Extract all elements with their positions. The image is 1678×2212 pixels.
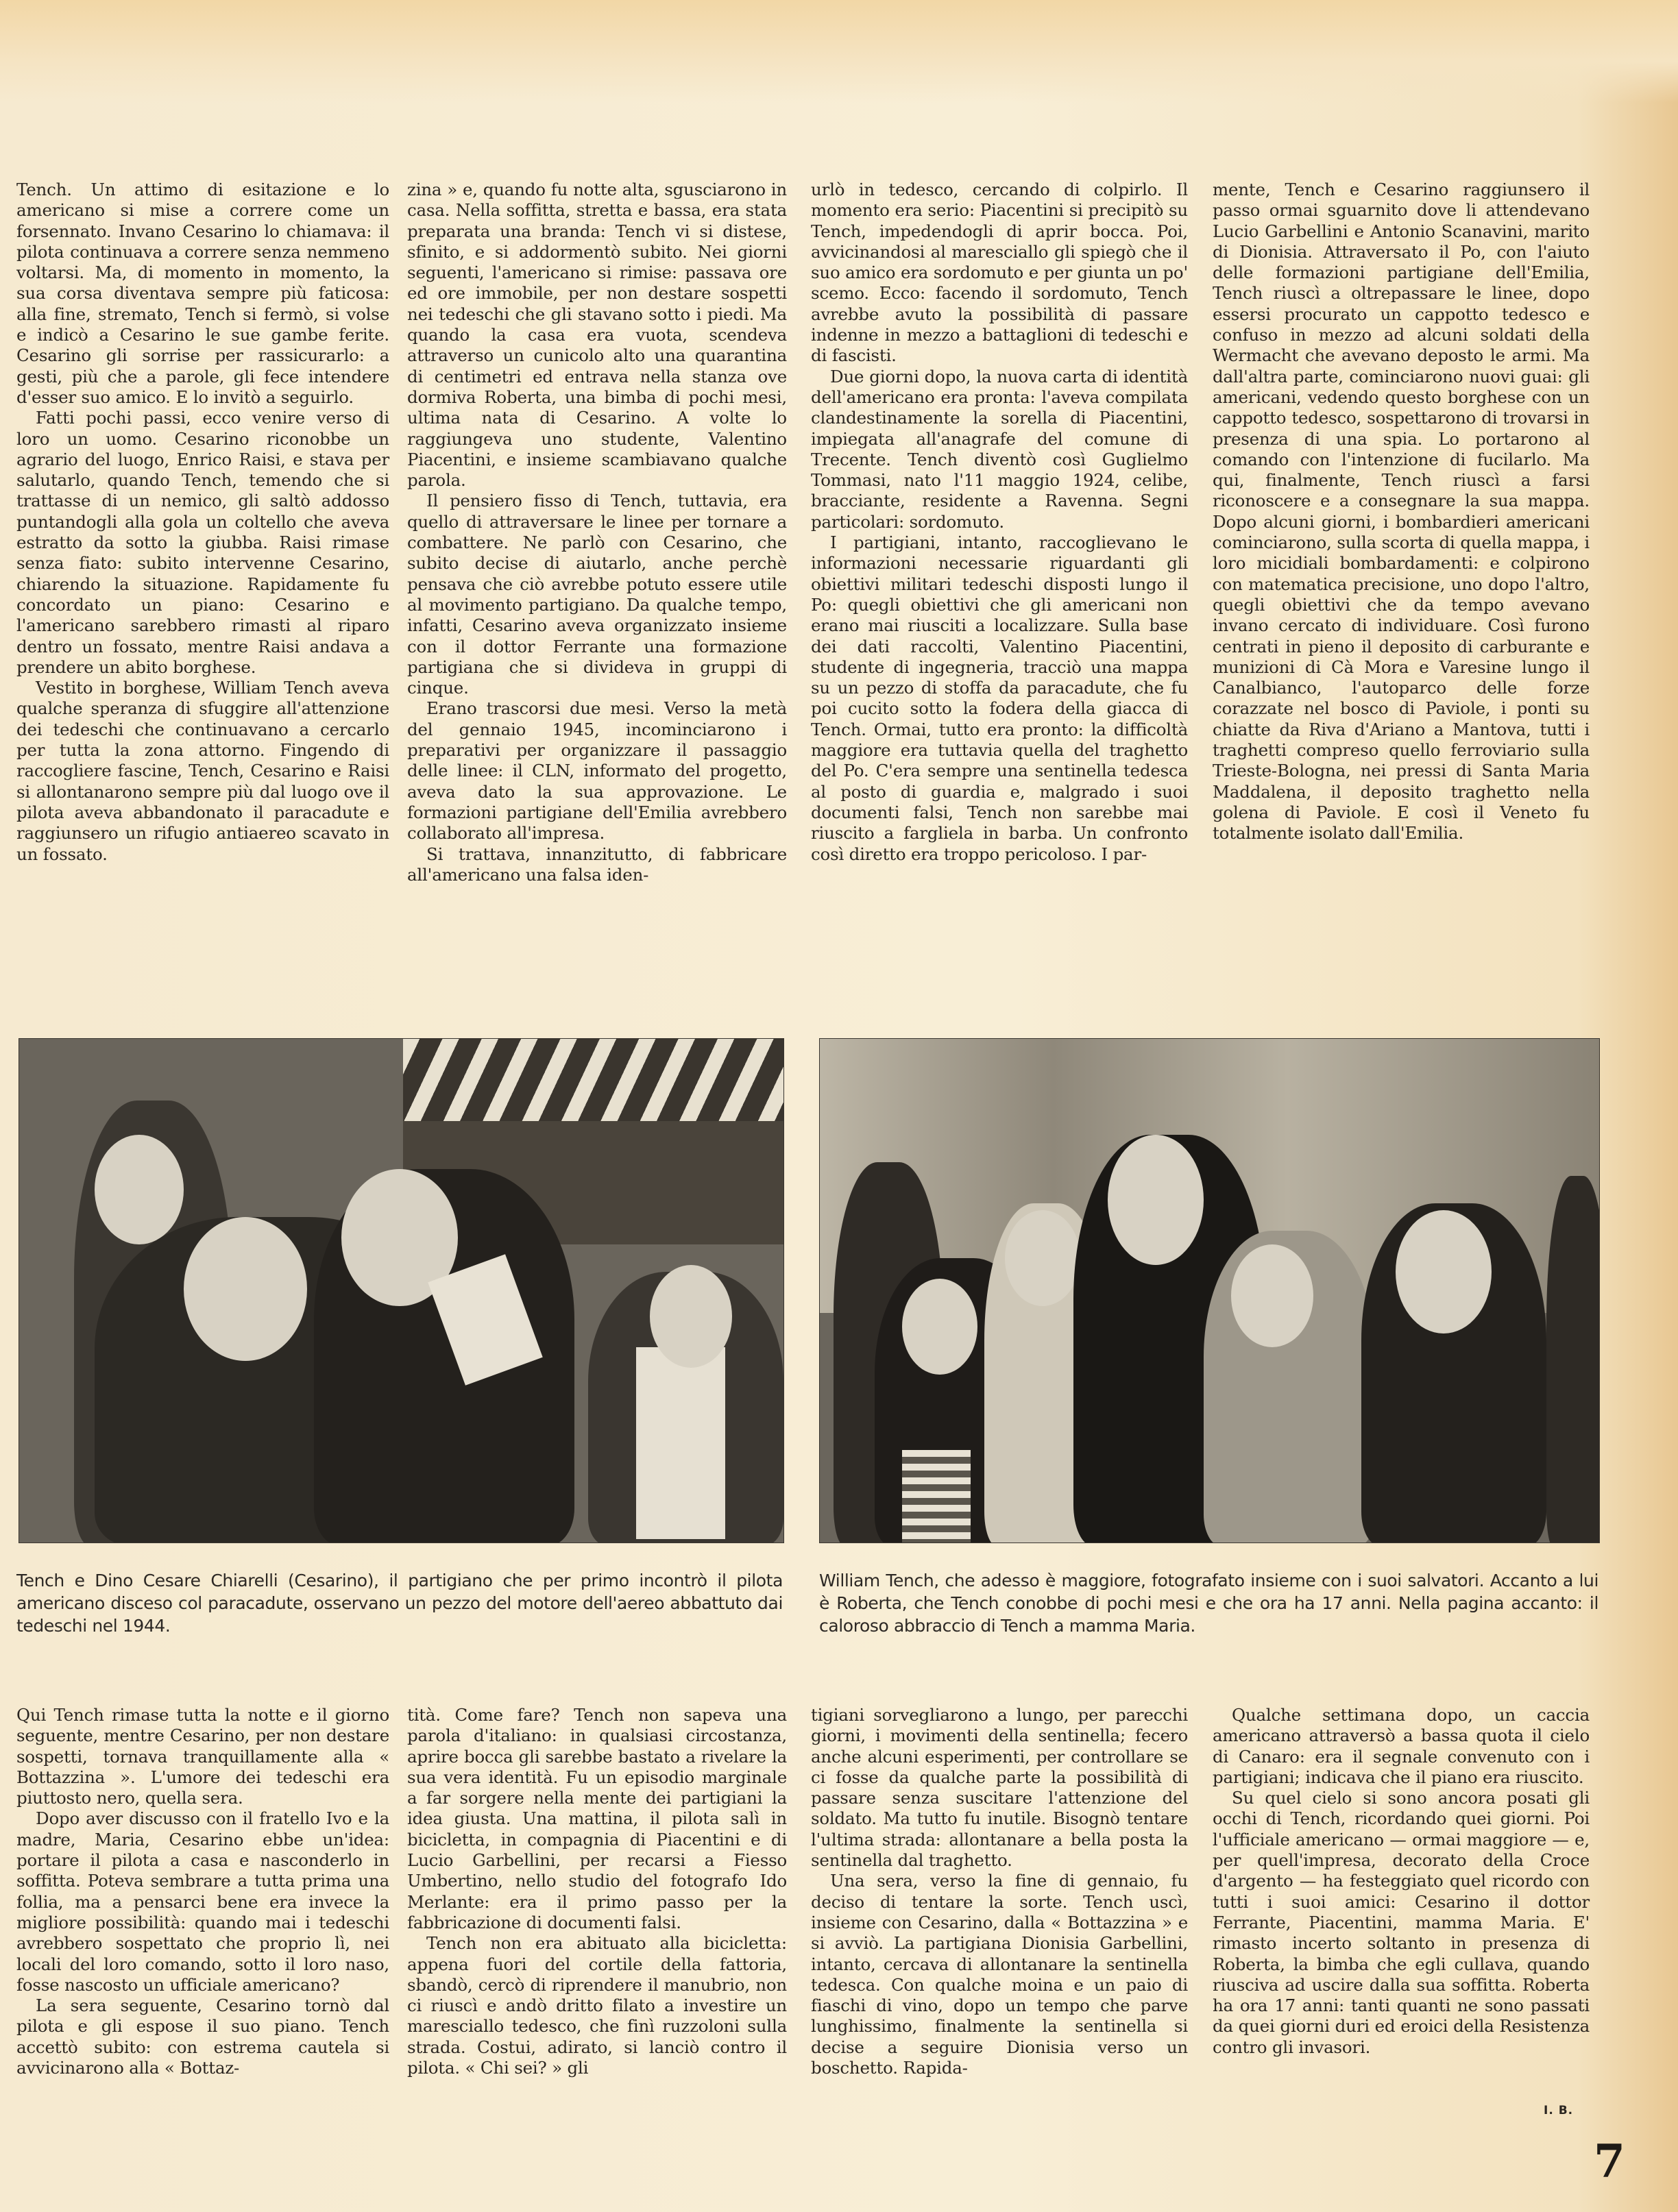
photo-face [650,1265,732,1368]
photo-american-flag [902,1450,971,1543]
article-top-column-2: zina » e, quando fu notte alta, sgusciar… [407,180,787,885]
paragraph: tità. Come fare? Tench non sapeva una pa… [407,1705,787,1933]
paragraph: Due giorni dopo, la nuova carta di ident… [811,367,1188,532]
photo-ceiling-beams [403,1039,783,1121]
photo-face [1231,1244,1313,1347]
photo-figure-man-edge [1546,1176,1600,1543]
photo-face [902,1279,977,1375]
photo-face [184,1217,307,1361]
paragraph: La sera seguente, Cesarino tornò dal pil… [16,1995,389,2078]
author-signature: I. B. [1544,2104,1573,2117]
paragraph: Tench. Un attimo di esitazione e lo amer… [16,180,389,408]
paper-top-band [0,0,1678,103]
paragraph: Vestito in borghese, William Tench aveva… [16,678,389,865]
article-bottom-column-3: tigiani sorvegliarono a lungo, per parec… [811,1705,1188,2078]
paragraph: Qui Tench rimase tutta la notte e il gio… [16,1705,389,1808]
article-top-column-3: urlò in tedesco, cercando di colpirlo. I… [811,180,1188,865]
paragraph: Dopo aver discusso con il fratello Ivo e… [16,1808,389,1995]
paragraph: zina » e, quando fu notte alta, sgusciar… [407,180,787,491]
article-bottom-column-1: Qui Tench rimase tutta la notte e il gio… [16,1705,389,2078]
paragraph: tigiani sorvegliarono a lungo, per parec… [811,1705,1188,1871]
photo-face [1005,1210,1080,1306]
article-top-column-4: mente, Tench e Cesarino raggiunsero il p… [1213,180,1590,844]
paragraph: Qualche settimana dopo, un caccia americ… [1213,1705,1590,1788]
page-number: 7 [1594,2135,1625,2188]
photo-tench-cesarino-engine [19,1038,784,1543]
paragraph: Il pensiero fisso di Tench, tuttavia, er… [407,491,787,698]
article-bottom-column-4: Qualche settimana dopo, un caccia americ… [1213,1705,1590,2058]
paragraph: urlò in tedesco, cercando di colpirlo. I… [811,180,1188,367]
photo-face [1108,1135,1204,1265]
paragraph: Una sera, verso la fine di gennaio, fu d… [811,1871,1188,2078]
paragraph: mente, Tench e Cesarino raggiunsero il p… [1213,180,1590,844]
paragraph: Erano trascorsi due mesi. Verso la metà … [407,698,787,844]
article-bottom-column-2: tità. Come fare? Tench non sapeva una pa… [407,1705,787,2078]
paragraph: I partigiani, intanto, raccoglievano le … [811,532,1188,865]
photo-caption-left: Tench e Dino Cesare Chiarelli (Cesarino)… [16,1569,783,1637]
photo-caption-right: William Tench, che adesso è maggiore, fo… [819,1569,1598,1637]
photo-face [1396,1210,1492,1334]
photo-white-shirt [636,1347,725,1539]
paragraph: Si trattava, innanzitutto, di fabbricare… [407,844,787,886]
paragraph: Tench non era abituato alla bicicletta: … [407,1933,787,2078]
article-top-column-1: Tench. Un attimo di esitazione e lo amer… [16,180,389,865]
photo-tench-with-saviors [819,1038,1600,1543]
paragraph: Su quel cielo si sono ancora posati gli … [1213,1788,1590,2058]
paragraph: Fatti pochi passi, ecco venire verso di … [16,408,389,678]
photo-face [95,1135,184,1244]
